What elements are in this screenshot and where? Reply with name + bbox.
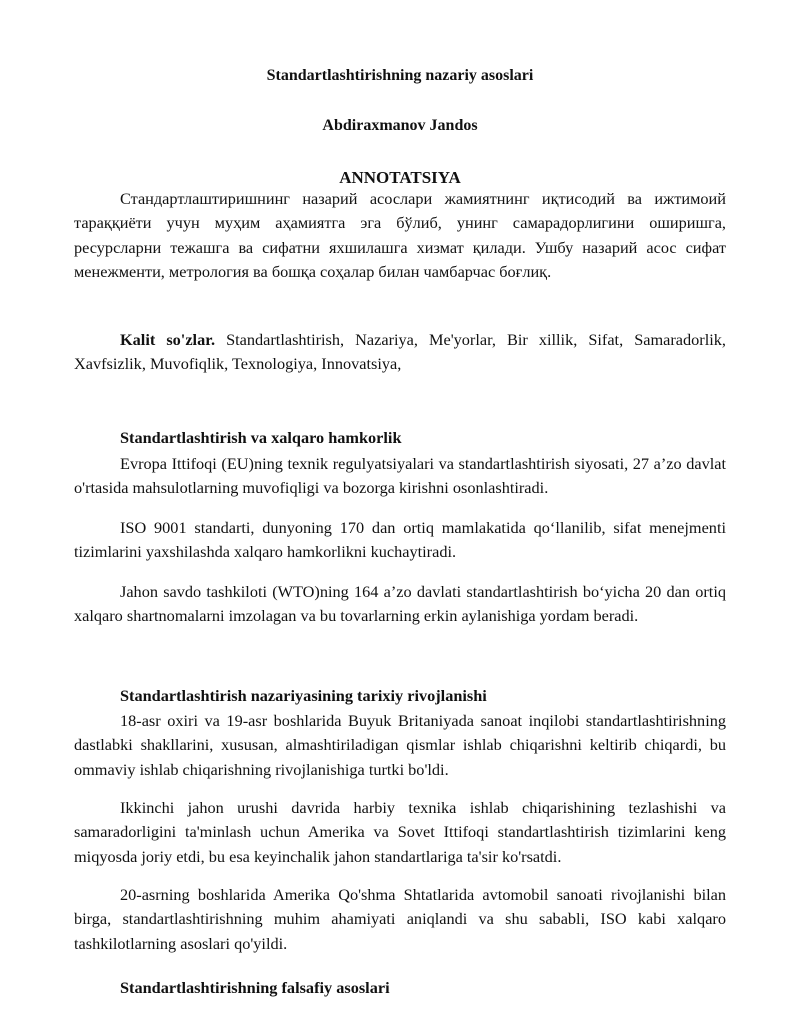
- paragraph: ISO 9001 standarti, dunyoning 170 dan or…: [74, 516, 726, 565]
- paragraph: Ikkinchi jahon urushi davrida harbiy tex…: [74, 796, 726, 869]
- keywords-paragraph: Kalit so'zlar. Standartlashtirish, Nazar…: [74, 328, 726, 377]
- paragraph: Evropa Ittifoqi (EU)ning texnik regulyat…: [74, 452, 726, 501]
- paragraph: 18-asr oxiri va 19-asr boshlarida Buyuk …: [74, 709, 726, 782]
- paragraph: Jahon savdo tashkiloti (WTO)ning 164 a’z…: [74, 580, 726, 629]
- document-title: Standartlashtirishning nazariy asoslari: [74, 67, 726, 85]
- paragraph: 20-asrning boshlarida Amerika Qo'shma Sh…: [74, 883, 726, 956]
- section-heading-history: Standartlashtirish nazariyasining tarixi…: [120, 686, 487, 706]
- section-heading-philosophy: Standartlashtirishning falsafiy asoslari: [120, 978, 390, 998]
- keywords-label: Kalit so'zlar.: [120, 330, 215, 349]
- section-heading-international: Standartlashtirish va xalqaro hamkorlik: [120, 428, 402, 448]
- annotation-heading: ANNOTATSIYA: [74, 168, 726, 188]
- annotation-paragraph: Стандартлаштиришнинг назарий асослари жа…: [74, 187, 726, 285]
- author-name: Abdiraxmanov Jandos: [74, 117, 726, 135]
